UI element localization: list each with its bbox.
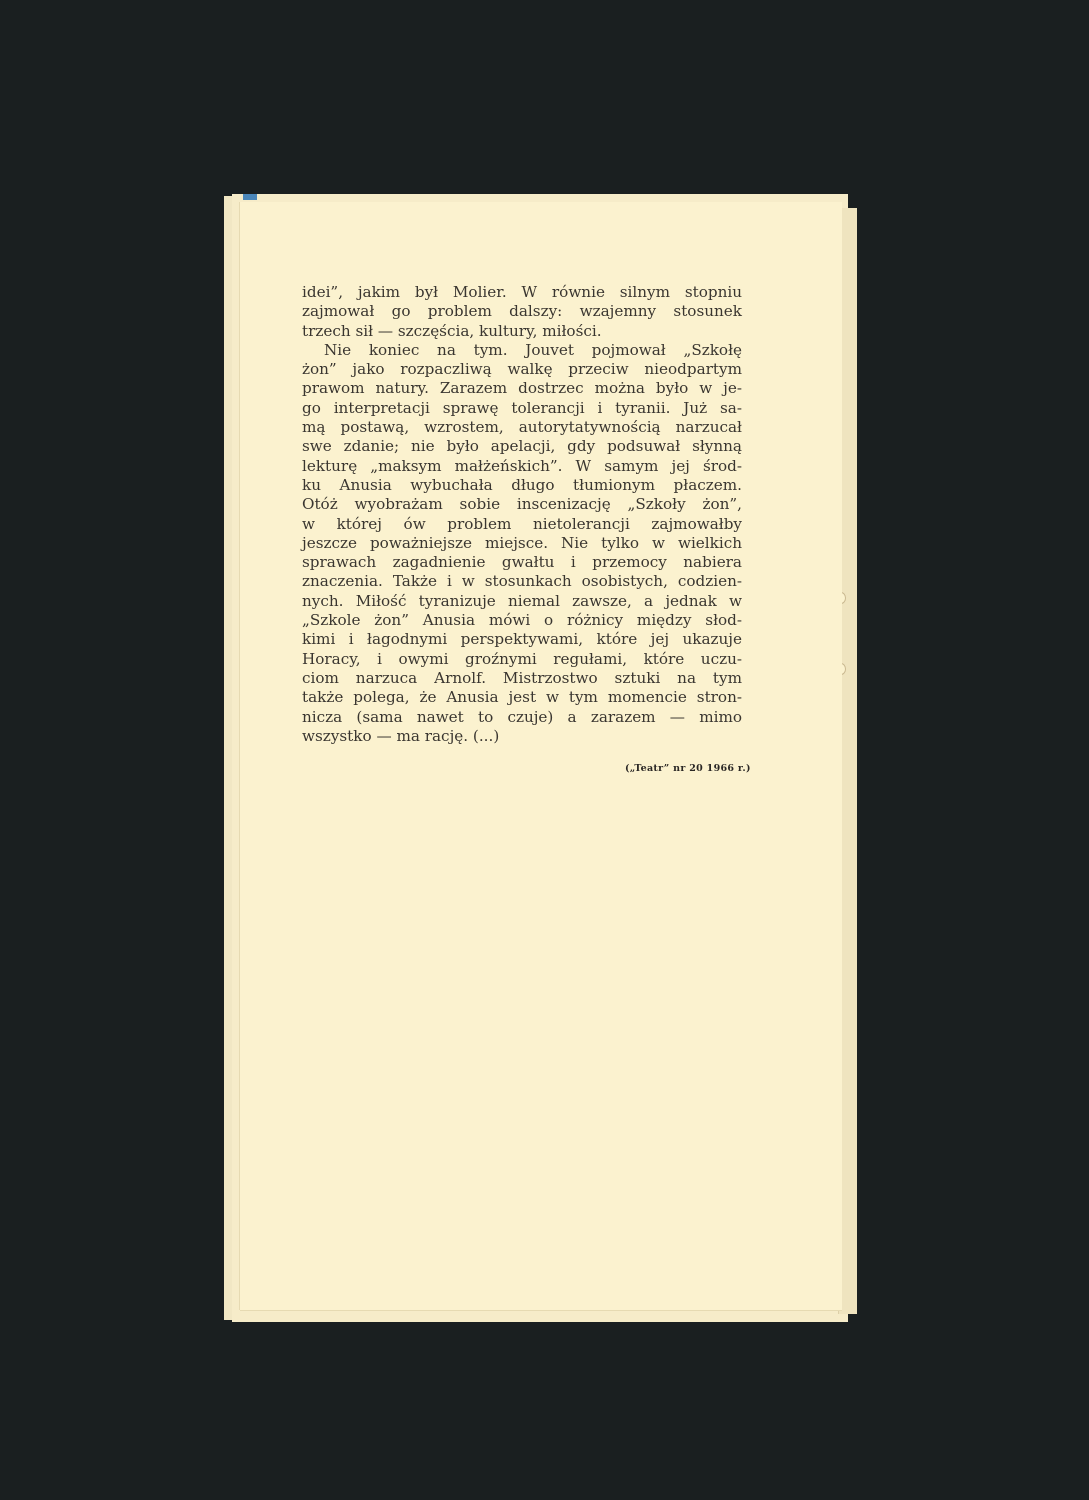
text-line: „Szkole żon” Anusia mówi o różnicy międz…: [302, 611, 742, 630]
text-line: żon” jako rozpaczliwą walkę przeciw nieo…: [302, 360, 742, 379]
text-line: zajmował go problem dalszy: wzajemny sto…: [302, 302, 742, 321]
text-line: znaczenia. Także i w stosunkach osobisty…: [302, 572, 742, 591]
text-line: Otóż wyobrażam sobie inscenizację „Szkoł…: [302, 495, 742, 514]
text-line: nicza (sama nawet to czuje) a zarazem — …: [302, 708, 742, 727]
blue-sheet-corner: [243, 194, 257, 200]
text-line: prawom natury. Zarazem dostrzec można by…: [302, 379, 742, 398]
text-line: mą postawą, wzrostem, autorytatywnością …: [302, 418, 742, 437]
text-line: kimi i łagodnymi perspektywami, które je…: [302, 630, 742, 649]
article-body: idei”, jakim był Molier. W równie silnym…: [302, 283, 742, 746]
source-citation: („Teatr” nr 20 1966 r.): [625, 763, 751, 774]
text-line: trzech sił — szczęścia, kultury, miłości…: [302, 322, 742, 341]
text-line: sprawach zagadnienie gwałtu i przemocy n…: [302, 553, 742, 572]
text-line: także polega, że Anusia jest w tym momen…: [302, 688, 742, 707]
text-line: Nie koniec na tym. Jouvet pojmował „Szko…: [302, 341, 742, 360]
text-line: Horacy, i owymi groźnymi regułami, które…: [302, 650, 742, 669]
document-page: idei”, jakim był Molier. W równie silnym…: [240, 202, 842, 1310]
text-line: w której ów problem nietolerancji zajmow…: [302, 515, 742, 534]
text-line: ku Anusia wybuchała długo tłumionym płac…: [302, 476, 742, 495]
text-line: jeszcze poważniejsze miejsce. Nie tylko …: [302, 534, 742, 553]
text-line: wszystko — ma rację. (...): [302, 727, 742, 746]
text-line: ciom narzuca Arnolf. Mistrzostwo sztuki …: [302, 669, 742, 688]
text-line: idei”, jakim był Molier. W równie silnym…: [302, 283, 742, 302]
text-line: lekturę „maksym małżeńskich”. W samym je…: [302, 457, 742, 476]
text-line: go interpretacji sprawę tolerancji i tyr…: [302, 399, 742, 418]
text-line: swe zdanie; nie było apelacji, gdy podsu…: [302, 437, 742, 456]
text-line: nych. Miłość tyranizuje niemal zawsze, a…: [302, 592, 742, 611]
